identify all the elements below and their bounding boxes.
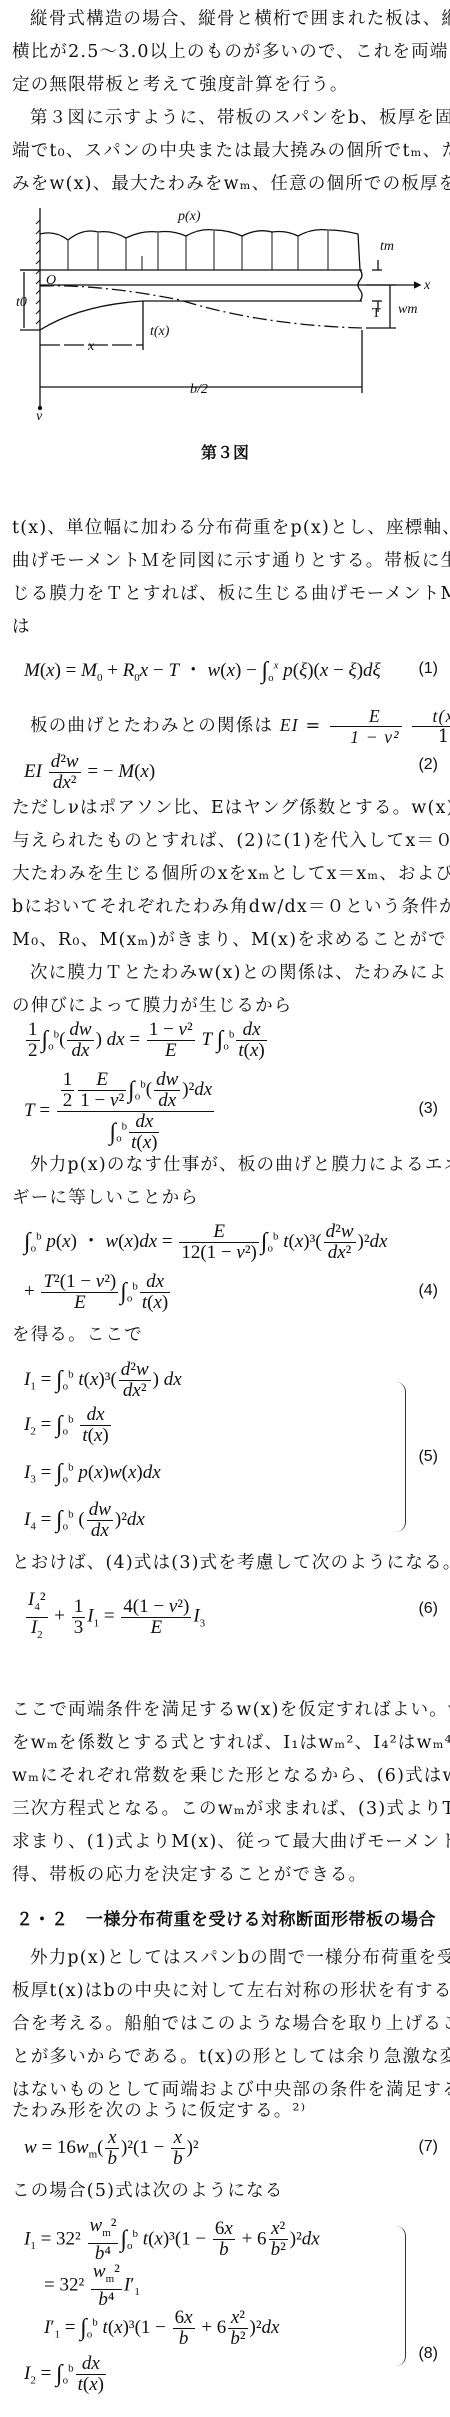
equation-5-I2: I2 = ∫ob dxt(x) (24, 1405, 113, 1446)
paragraph-intro-2: 横比が2.5〜3.0以上のものが多いので、これを両端固 (12, 37, 440, 67)
equation-membrane: 12∫ob(dwdx) dx = 1 − ν²E T ∫obdxt(x) (24, 1020, 269, 1061)
paragraph-EI-lead: 板の曲げとたわみとの関係は (30, 716, 273, 736)
equation-5-I3: I3 = ∫ob p(x)w(x)dx (24, 1460, 161, 1487)
paragraph-intro-1: 縦骨式構造の場合、縦骨と横桁で囲まれた板は、縦 (12, 4, 440, 34)
equation-number-5: (5) (418, 1448, 438, 1466)
paragraph-uniform-3: 合を考える。船舶ではこのような場合を取り上げるこ (12, 2009, 440, 2039)
fraction-E: E1 − ν² (330, 706, 402, 747)
fig-label-x-axis: x (423, 278, 431, 293)
equation-2: EI d²wdx² = − M(x) (24, 752, 155, 793)
paragraph-defs-1: t(x)、単位幅に加わる分布荷重をp(x)とし、座標軸、 (12, 513, 440, 543)
fig-label-origin: O (46, 273, 56, 288)
equation-8-brace (395, 2226, 406, 2366)
paragraph-solution-6: 得、帯板の応力を決定することができる。 (12, 1860, 440, 1890)
paragraph-defs-4: は (12, 612, 440, 642)
paragraph-substitute: とおけば、(4)式は(3)式を考慮して次のようになる。 (12, 1548, 440, 1578)
paragraph-solution-1: ここで両端条件を満足するw(x)を仮定すればよい。w(x) (12, 1695, 440, 1725)
figure-caption: 第３図 (0, 440, 450, 463)
fig-label-tm: tm (380, 239, 394, 254)
paragraph-solution-4: 三次方程式となる。このwₘが求まれば、(3)式よりTが (12, 1794, 440, 1824)
paragraph-work-2: ギーに等しいことから (12, 1183, 440, 1213)
equation-8-I2: I2 = ∫obdxt(x) (24, 2354, 108, 2395)
equation-1: M(x) = M0 + R0x − T ・ w(x) − ∫ox p(ξ)(x … (24, 655, 381, 685)
paragraph-conditions-2: 与えられたものとすれば、(2)に(1)を代入してx＝０、最 (12, 826, 440, 856)
equation-number-2: (2) (418, 756, 438, 774)
paragraph-conditions-3: 大たわみを生じる個所のxをxₘとしてx＝xₘ、およびx＝ (12, 859, 440, 889)
equation-5-I1: I1 = ∫ob t(x)³(d²wdx²) dx (24, 1360, 182, 1401)
equation-5-I4: I4 = ∫ob (dwdx)²dx (24, 1500, 145, 1541)
paragraph-uniform-6: たわみ形を次のように仮定する。²⁾ (12, 2096, 440, 2126)
fig-label-half-span: b/2 (190, 382, 208, 397)
equation-7: w = 16wm(xb)²(1 − xb)² (24, 2128, 199, 2169)
paragraph-fig-ref-1: 第３図に示すように、帯板のスパンをb、板厚を固定 (12, 103, 440, 133)
equation-4-line-2: + T²(1 − ν²)E∫obdxt(x) (24, 1272, 172, 1313)
equation-number-6: (6) (418, 1600, 438, 1618)
figure-3-diagram: p(x) tm O x t0 T wm t(x) x b/2 y (0, 190, 450, 420)
paragraph-solution-3: wₘにそれぞれ常数を乗じた形となるから、(6)式はwₘの (12, 1761, 440, 1791)
paragraph-defs-3: じる膜力をＴとすれば、板に生じる曲げモーメントM(x) (12, 579, 440, 609)
equation-3: T = 12E1 − ν²∫ob(dwdx)²dx∫obdxt(x) (24, 1070, 216, 1153)
fig-label-y-axis: y (34, 409, 43, 420)
fig-label-load: p(x) (177, 209, 201, 224)
section-heading: ２・２ 一様分布荷重を受ける対称断面形帯板の場合 (16, 1905, 436, 1930)
paragraph-uniform-1: 外力p(x)としてはスパンbの間で一様分布荷重を受け、 (12, 1943, 440, 1973)
paragraph-uniform-4: とが多いからである。t(x)の形としては余り急激な変化 (12, 2042, 440, 2072)
fig-label-T: T (372, 306, 381, 321)
fig-label-x-dim: x (87, 339, 95, 354)
paragraph-solution-2: をwₘを係数とする式とすれば、I₁はwₘ²、I₄²はwₘ⁴、I₃は (12, 1728, 440, 1758)
equation-4-line-1: ∫ob p(x) ・ w(x)dx = E12(1 − ν²)∫ob t(x)³… (24, 1222, 387, 1263)
equation-number-4: (4) (418, 1282, 438, 1300)
fig-label-t0: t0 (16, 295, 27, 310)
equation-number-7: (7) (418, 2138, 438, 2156)
equation-number-3: (3) (418, 1100, 438, 1118)
paragraph-conditions-1: ただしνはポアソン比、Eはヤング係数とする。w(x)を (12, 793, 440, 823)
paragraph-conditions-5: M₀、R₀、M(xₘ)がきまり、M(x)を求めることができる。 (12, 925, 440, 955)
paragraph-case: この場合(5)式は次のようになる (12, 2176, 440, 2206)
paragraph-fig-ref-2: 端でt₀、スパンの中央または最大撓みの個所でtₘ、たわ (12, 136, 440, 166)
equation-5-brace (395, 1382, 406, 1532)
equation-number-8: (8) (418, 2345, 438, 2363)
equation-8-I1-short: = 32² wm²b⁴I′1 (44, 2262, 140, 2310)
fraction-t3: t(x)³12 (412, 706, 450, 747)
paragraph-defs-2: 曲げモーメントＭを同図に示す通りとする。帯板に生 (12, 546, 440, 576)
paragraph-membrane-1: 次に膜力Ｔとたわみw(x)との関係は、たわみによる板 (12, 958, 440, 988)
paragraph-hence: を得る。ここで (12, 1320, 440, 1350)
fig-label-tx: t(x) (150, 324, 170, 339)
equation-6: I4²I2 + 13I1 = 4(1 − ν²)EI3 (24, 1590, 205, 1645)
equation-number-1: (1) (418, 660, 438, 678)
paragraph-intro-3: 定の無限帯板と考えて強度計算を行う。 (12, 70, 440, 100)
paragraph-work-1: 外力p(x)のなす仕事が、板の曲げと膜力によるエネル (12, 1150, 440, 1180)
paragraph-membrane-2: の伸びによって膜力が生じるから (12, 991, 440, 1021)
fig-label-wm: wm (398, 302, 417, 317)
paragraph-uniform-2: 板厚t(x)はbの中央に対して左右対称の形状を有する場 (12, 1976, 440, 2006)
paragraph-EI: 板の曲げとたわみとの関係は EI = E1 − ν² t(x)³12 として (12, 706, 440, 747)
paragraph-solution-5: 求まり、(1)式よりM(x)、従って最大曲げモーメントを (12, 1827, 440, 1857)
equation-8-I1-prime: I′1 = ∫ob t(x)³(1 − 6xb + 6x²b²)²dx (44, 2308, 279, 2349)
equation-8-I1: I1 = 32² wm²b⁴∫ob t(x)³(1 − 6xb + 6x²b²)… (24, 2216, 320, 2264)
paragraph-conditions-4: bにおいてそれぞれたわみ角dw/dx＝０という条件から、 (12, 892, 440, 922)
